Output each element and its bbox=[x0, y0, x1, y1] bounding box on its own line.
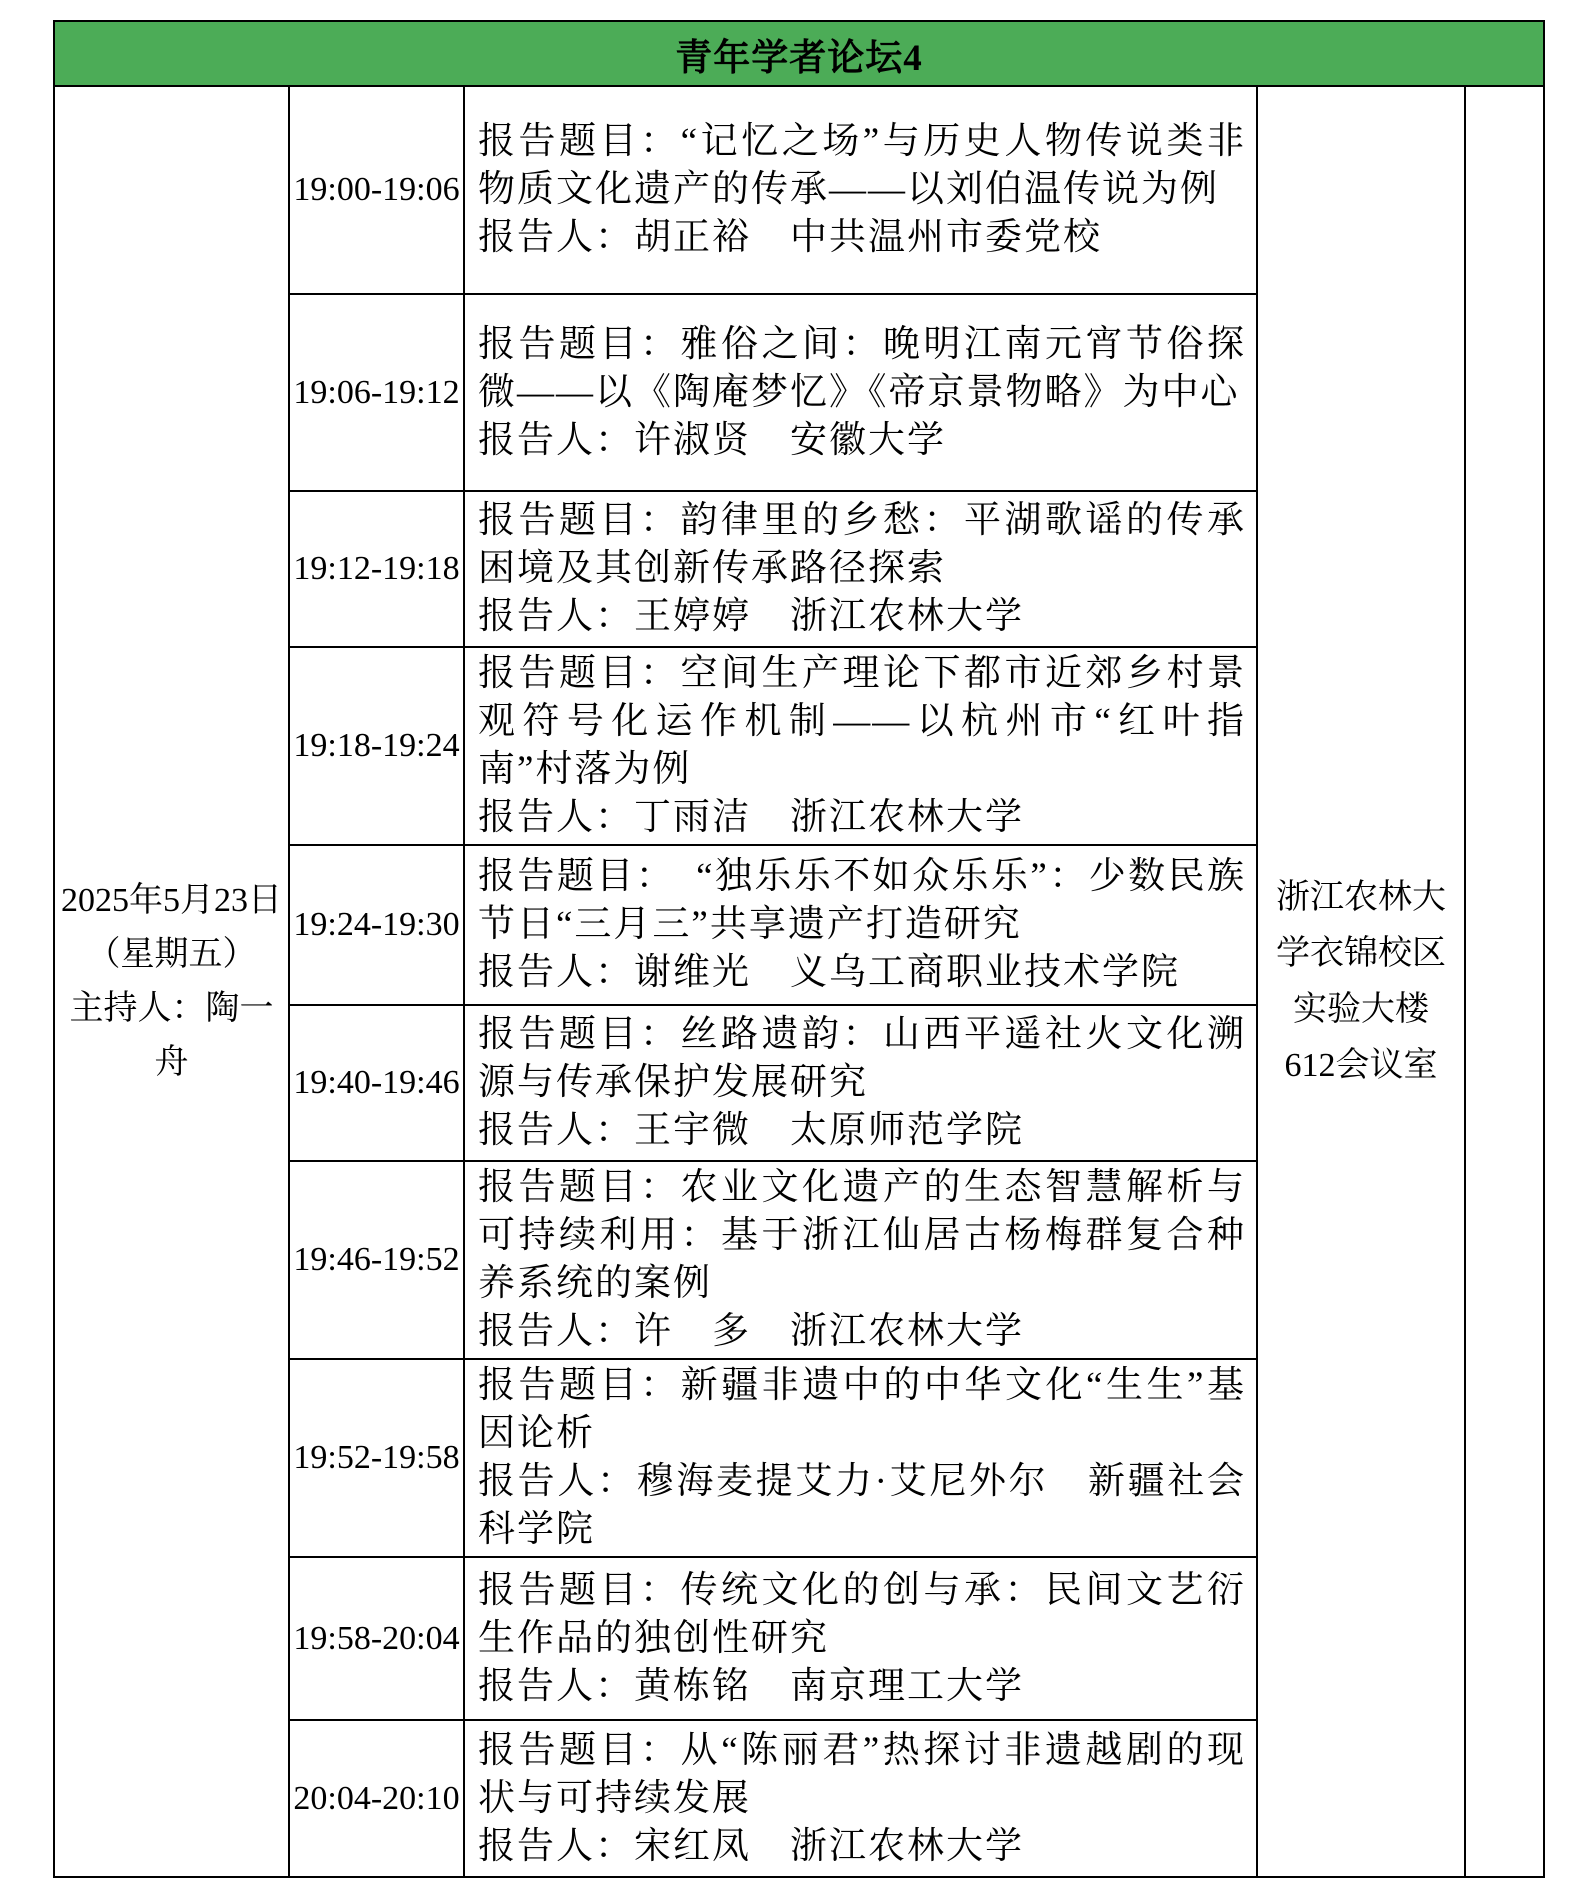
talk-presenter: 报告人：许 多 浙江农林大学 bbox=[478, 1308, 1246, 1356]
forum-schedule-table: 青年学者论坛4 2025年5月23日 （星期五） 主持人：陶一舟 19:00-1… bbox=[53, 20, 1545, 1878]
talk-title: 报告题目： “独乐乐不如众乐乐”：少数民族节日“三月三”共享遗产打造研究 bbox=[478, 853, 1246, 949]
time-slot-6: 19:40-19:46 bbox=[289, 1005, 464, 1161]
talk-title: 报告题目：传统文化的创与承：民间文艺衍生作品的独创性研究 bbox=[478, 1567, 1246, 1663]
time-slot-4: 19:18-19:24 bbox=[289, 647, 464, 845]
talk-presenter: 报告人：王宇微 太原师范学院 bbox=[478, 1107, 1246, 1155]
time-slot-5: 19:24-19:30 bbox=[289, 845, 464, 1005]
talk-title: 报告题目：韵律里的乡愁：平湖歌谣的传承困境及其创新传承路径探索 bbox=[478, 497, 1246, 593]
talk-cell-4: 报告题目：空间生产理论下都市近郊乡村景观符号化运作机制——以杭州市“红叶指南”村… bbox=[464, 647, 1257, 845]
time-slot-3: 19:12-19:18 bbox=[289, 491, 464, 647]
time-slot-1: 19:00-19:06 bbox=[289, 86, 464, 294]
talk-title: 报告题目：丝路遗韵：山西平遥社火文化溯源与传承保护发展研究 bbox=[478, 1011, 1246, 1107]
talk-title: 报告题目：空间生产理论下都市近郊乡村景观符号化运作机制——以杭州市“红叶指南”村… bbox=[478, 650, 1246, 794]
time-slot-9: 19:58-20:04 bbox=[289, 1557, 464, 1720]
talk-cell-2: 报告题目：雅俗之间：晚明江南元宵节俗探微——以《陶庵梦忆》《帝京景物略》为中心 … bbox=[464, 294, 1257, 491]
talk-cell-7: 报告题目：农业文化遗产的生态智慧解析与可持续利用：基于浙江仙居古杨梅群复合种养系… bbox=[464, 1161, 1257, 1359]
talk-title: 报告题目：“记忆之场”与历史人物传说类非物质文化遗产的传承——以刘伯温传说为例 bbox=[478, 118, 1246, 214]
talk-cell-8: 报告题目：新疆非遗中的中华文化“生生”基因论析 报告人：穆海麦提艾力·艾尼外尔 … bbox=[464, 1359, 1257, 1557]
time-slot-7: 19:46-19:52 bbox=[289, 1161, 464, 1359]
forum-title: 青年学者论坛4 bbox=[54, 21, 1544, 86]
talk-presenter: 报告人：许淑贤 安徽大学 bbox=[478, 417, 1246, 465]
talk-title: 报告题目：从“陈丽君”热探讨非遗越剧的现状与可持续发展 bbox=[478, 1727, 1246, 1823]
talk-cell-1: 报告题目：“记忆之场”与历史人物传说类非物质文化遗产的传承——以刘伯温传说为例 … bbox=[464, 86, 1257, 294]
talk-title: 报告题目：雅俗之间：晚明江南元宵节俗探微——以《陶庵梦忆》《帝京景物略》为中心 bbox=[478, 321, 1246, 417]
talk-presenter: 报告人：谢维光 义乌工商职业技术学院 bbox=[478, 949, 1246, 997]
talk-cell-3: 报告题目：韵律里的乡愁：平湖歌谣的传承困境及其创新传承路径探索 报告人：王婷婷 … bbox=[464, 491, 1257, 647]
talk-presenter: 报告人：王婷婷 浙江农林大学 bbox=[478, 593, 1246, 641]
talk-title: 报告题目：农业文化遗产的生态智慧解析与可持续利用：基于浙江仙居古杨梅群复合种养系… bbox=[478, 1164, 1246, 1308]
time-slot-2: 19:06-19:12 bbox=[289, 294, 464, 491]
talk-title: 报告题目：新疆非遗中的中华文化“生生”基因论析 bbox=[478, 1362, 1246, 1458]
session-date-host-cell: 2025年5月23日 （星期五） 主持人：陶一舟 bbox=[54, 86, 289, 1877]
talk-presenter: 报告人：宋红凤 浙江农林大学 bbox=[478, 1823, 1246, 1871]
talk-cell-6: 报告题目：丝路遗韵：山西平遥社火文化溯源与传承保护发展研究 报告人：王宇微 太原… bbox=[464, 1005, 1257, 1161]
empty-spacer-cell bbox=[1465, 86, 1544, 1877]
time-slot-10: 20:04-20:10 bbox=[289, 1720, 464, 1877]
table-row: 2025年5月23日 （星期五） 主持人：陶一舟 19:00-19:06 报告题… bbox=[54, 86, 1544, 294]
talk-presenter: 报告人：胡正裕 中共温州市委党校 bbox=[478, 214, 1246, 262]
talk-presenter: 报告人：丁雨洁 浙江农林大学 bbox=[478, 794, 1246, 842]
time-slot-8: 19:52-19:58 bbox=[289, 1359, 464, 1557]
talk-presenter: 报告人：黄栋铭 南京理工大学 bbox=[478, 1663, 1246, 1711]
talk-presenter: 报告人：穆海麦提艾力·艾尼外尔 新疆社会科学院 bbox=[478, 1458, 1246, 1554]
talk-cell-5: 报告题目： “独乐乐不如众乐乐”：少数民族节日“三月三”共享遗产打造研究 报告人… bbox=[464, 845, 1257, 1005]
location-cell: 浙江农林大 学衣锦校区 实验大楼 612会议室 bbox=[1257, 86, 1465, 1877]
talk-cell-9: 报告题目：传统文化的创与承：民间文艺衍生作品的独创性研究 报告人：黄栋铭 南京理… bbox=[464, 1557, 1257, 1720]
talk-cell-10: 报告题目：从“陈丽君”热探讨非遗越剧的现状与可持续发展 报告人：宋红凤 浙江农林… bbox=[464, 1720, 1257, 1877]
forum-title-row: 青年学者论坛4 bbox=[54, 21, 1544, 86]
